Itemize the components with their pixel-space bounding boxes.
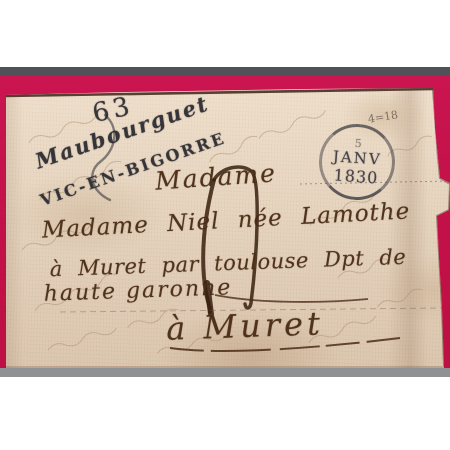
address-line-5: à Muret: [166, 304, 325, 347]
datestamp-year: 1830: [333, 165, 379, 187]
datestamp-day: 5: [354, 138, 362, 149]
garonne-flourish: [215, 295, 368, 302]
paper-top-edge: [6, 89, 433, 96]
listing-image: 63 Maubourguet VIC-EN-BIGORRE 5 JANV 183…: [0, 0, 450, 450]
letter-paper: 63 Maubourguet VIC-EN-BIGORRE 5 JANV 183…: [6, 88, 450, 368]
letter-photo[interactable]: 63 Maubourguet VIC-EN-BIGORRE 5 JANV 183…: [0, 67, 450, 377]
paper-right-edge: [433, 89, 450, 366]
